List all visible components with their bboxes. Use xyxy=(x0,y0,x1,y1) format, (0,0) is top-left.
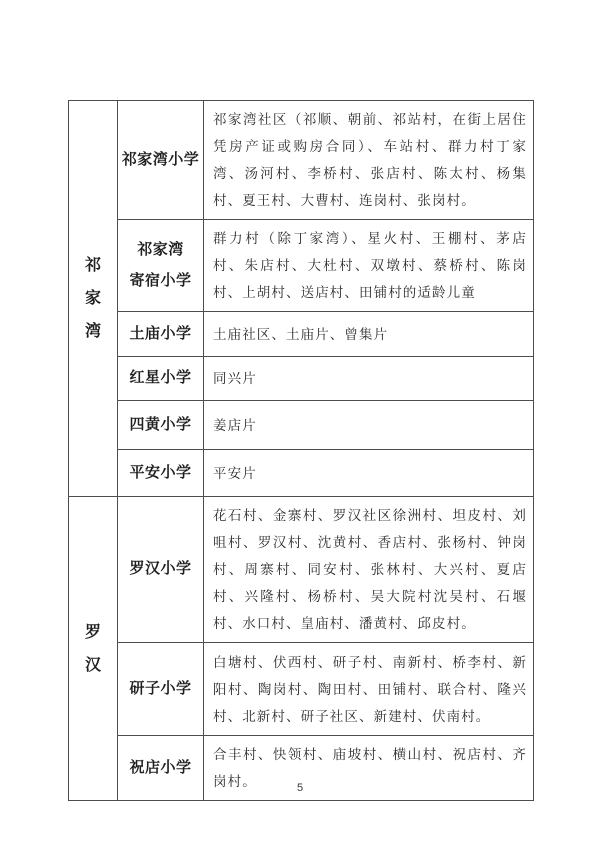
table-row: 四黄小学 姜店片 xyxy=(69,401,534,450)
villages-text: 祁家湾社区（祁顺、朝前、祁站村，在街上居住凭房产证或购房合同）、车站村、群力村丁… xyxy=(213,106,527,214)
school-cell: 土庙小学 xyxy=(118,312,204,357)
school-name: 红星小学 xyxy=(118,363,203,394)
region-cell: 祁家湾 xyxy=(69,101,118,497)
villages-text: 土庙社区、土庙片、曾集片 xyxy=(213,321,527,348)
villages-cell: 平安片 xyxy=(204,450,534,497)
school-name: 罗汉小学 xyxy=(118,554,203,585)
region-cell: 罗汉 xyxy=(69,497,118,801)
villages-cell: 白塘村、伏西村、研子村、南新村、桥李村、新阳村、陶岗村、陶田村、田铺村、联合村、… xyxy=(204,643,534,736)
school-name: 平安小学 xyxy=(118,458,203,489)
school-name-line: 祁家湾 xyxy=(118,235,203,266)
school-district-table: 祁家湾 祁家湾小学 祁家湾社区（祁顺、朝前、祁站村，在街上居住凭房产证或购房合同… xyxy=(68,100,534,801)
villages-cell: 花石村、金寨村、罗汉社区徐洲村、坦皮村、刘咀村、罗汉村、沈黄村、香店村、张杨村、… xyxy=(204,497,534,643)
table-row: 土庙小学 土庙社区、土庙片、曾集片 xyxy=(69,312,534,357)
villages-cell: 群力村（除丁家湾）、星火村、王棚村、茅店村、朱店村、大杜村、双墩村、蔡桥村、陈岗… xyxy=(204,220,534,312)
villages-text: 群力村（除丁家湾）、星火村、王棚村、茅店村、朱店村、大杜村、双墩村、蔡桥村、陈岗… xyxy=(213,225,527,306)
page-number: 5 xyxy=(0,782,600,794)
school-name: 四黄小学 xyxy=(118,410,203,441)
villages-cell: 祁家湾社区（祁顺、朝前、祁站村，在街上居住凭房产证或购房合同）、车站村、群力村丁… xyxy=(204,101,534,220)
table-row: 祁家湾 寄宿小学 群力村（除丁家湾）、星火村、王棚村、茅店村、朱店村、大杜村、双… xyxy=(69,220,534,312)
table-row: 平安小学 平安片 xyxy=(69,450,534,497)
region-label: 罗汉 xyxy=(83,616,103,682)
table-row: 祁家湾 祁家湾小学 祁家湾社区（祁顺、朝前、祁站村，在街上居住凭房产证或购房合同… xyxy=(69,101,534,220)
villages-text: 花石村、金寨村、罗汉社区徐洲村、坦皮村、刘咀村、罗汉村、沈黄村、香店村、张杨村、… xyxy=(213,502,527,637)
villages-text: 平安片 xyxy=(213,460,527,487)
school-name: 祁家湾小学 xyxy=(118,145,203,176)
school-name-line: 寄宿小学 xyxy=(118,266,203,297)
region-label: 祁家湾 xyxy=(83,249,103,348)
villages-cell: 土庙社区、土庙片、曾集片 xyxy=(204,312,534,357)
school-cell: 四黄小学 xyxy=(118,401,204,450)
table-row: 红星小学 同兴片 xyxy=(69,357,534,401)
school-cell: 平安小学 xyxy=(118,450,204,497)
villages-cell: 姜店片 xyxy=(204,401,534,450)
table-row: 罗汉 罗汉小学 花石村、金寨村、罗汉社区徐洲村、坦皮村、刘咀村、罗汉村、沈黄村、… xyxy=(69,497,534,643)
villages-text: 同兴片 xyxy=(213,365,527,392)
school-name: 研子小学 xyxy=(118,674,203,705)
school-name: 土庙小学 xyxy=(118,319,203,350)
villages-cell: 同兴片 xyxy=(204,357,534,401)
table-row: 研子小学 白塘村、伏西村、研子村、南新村、桥李村、新阳村、陶岗村、陶田村、田铺村… xyxy=(69,643,534,736)
school-name: 祝店小学 xyxy=(118,753,203,784)
school-cell: 罗汉小学 xyxy=(118,497,204,643)
school-cell: 祁家湾小学 xyxy=(118,101,204,220)
school-cell: 祁家湾 寄宿小学 xyxy=(118,220,204,312)
document-page: 祁家湾 祁家湾小学 祁家湾社区（祁顺、朝前、祁站村，在街上居住凭房产证或购房合同… xyxy=(0,0,600,849)
villages-text: 白塘村、伏西村、研子村、南新村、桥李村、新阳村、陶岗村、陶田村、田铺村、联合村、… xyxy=(213,649,527,730)
school-cell: 研子小学 xyxy=(118,643,204,736)
villages-text: 姜店片 xyxy=(213,412,527,439)
school-cell: 红星小学 xyxy=(118,357,204,401)
